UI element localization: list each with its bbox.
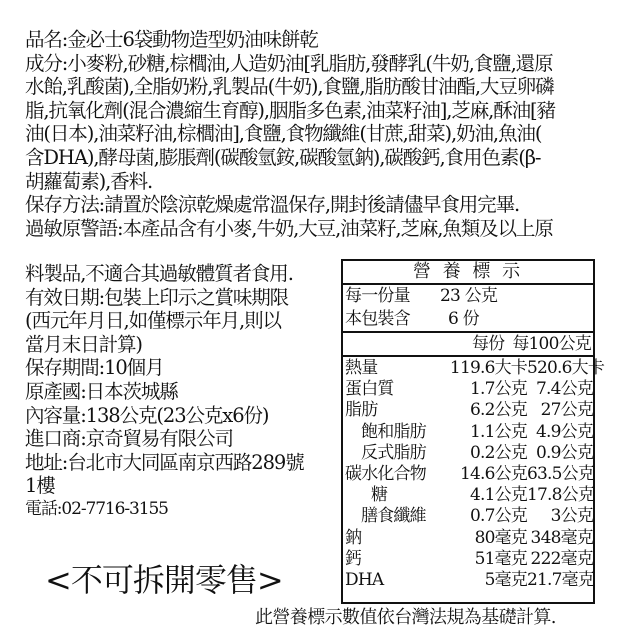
nutrient-name: 鈉 <box>343 528 445 549</box>
allergen-warning-cont: 料製品,不適合其過敏體質者食用. <box>25 262 335 286</box>
per-100g-value: 4.9公克 <box>527 422 593 443</box>
nutrient-name: 碳水化合物 <box>343 464 445 485</box>
per-100g-value: 27公克 <box>527 400 593 421</box>
per-serving-value: 0.2公克 <box>445 443 527 464</box>
servings-label: 本包裝含 <box>345 308 440 331</box>
per-serving-value: 51毫克 <box>445 549 527 570</box>
ingredients-line: 水飴,乳酸菌),全脂奶粉,乳製品(牛奶),食鹽,脂肪酸甘油酯,大豆卵磷 <box>25 75 625 99</box>
expiry-info: (西元年月日,如僅標示年月,則以 <box>25 309 335 333</box>
nutrient-name: 脂肪 <box>343 400 445 421</box>
phone: 電話:02-7716-3155 <box>25 498 335 520</box>
per-serving-value: 4.1公克 <box>445 485 527 506</box>
ingredients-line: 含DHA),酵母菌,膨脹劑(碳酸氫銨,碳酸氫鈉),碳酸鈣,食用色素(β- <box>25 146 625 170</box>
nutrition-title: 營 養 標 示 <box>343 261 593 285</box>
nutrient-name: 蛋白質 <box>343 379 445 400</box>
per-serving-value: 5毫克 <box>445 570 527 591</box>
allergen-warning: 過敏原警語:本產品含有小麥,牛奶,大豆,油菜籽,芝麻,魚類及以上原 <box>25 217 625 241</box>
serving-info: 每一份量 23 公克 本包裝含 6 份 <box>343 285 593 333</box>
address: 地址:台北市大同區南京西路289號 <box>25 451 335 475</box>
serving-size-value: 23 公克 <box>440 285 497 308</box>
label-main-text: 品名:金必士6袋動物造型奶油味餅乾 成分:小麥粉,砂糖,棕櫚油,人造奶油[乳脂肪… <box>25 28 625 240</box>
label-left-text: 料製品,不適合其過敏體質者食用. 有效日期:包裝上印示之賞味期限 (西元年月日,… <box>25 262 335 520</box>
per-serving-value: 119.6大卡 <box>445 358 527 379</box>
nutrition-row: 脂肪6.2公克27公克 <box>343 400 593 421</box>
shelf-life: 保存期間:10個月 <box>25 356 335 380</box>
nutrition-rows: 熱量119.6大卡520.6大卡蛋白質1.7公克7.4公克脂肪6.2公克27公克… <box>343 357 593 591</box>
nutrition-table: 營 養 標 示 每一份量 23 公克 本包裝含 6 份 每份 每100公克 熱量… <box>341 259 595 604</box>
nutrition-footnote: 此營養標示數值依台灣法規為基礎計算. <box>255 603 556 629</box>
nutrient-name: 膳食纖維 <box>343 506 445 527</box>
per-100g-value: 520.6大卡 <box>527 358 593 379</box>
col-per-serving: 每份 <box>472 333 504 355</box>
serving-size-label: 每一份量 <box>345 285 440 308</box>
ingredients-line: 油(日本),油菜籽油,棕櫚油],食鹽,食物纖維(甘蔗,甜菜),奶油,魚油( <box>25 122 625 146</box>
nutrition-row: DHA5毫克21.7毫克 <box>343 570 593 591</box>
nutrition-row: 反式脂肪0.2公克0.9公克 <box>343 443 593 464</box>
nutrition-row: 蛋白質1.7公克7.4公克 <box>343 379 593 400</box>
per-serving-value: 14.6公克 <box>445 464 527 485</box>
nutrition-row: 鈣51毫克222毫克 <box>343 549 593 570</box>
nutrient-name: DHA <box>343 570 445 591</box>
net-content: 內容量:138公克(23公克x6份) <box>25 404 335 428</box>
col-per-100g: 每100公克 <box>512 333 591 355</box>
nutrient-name: 飽和脂肪 <box>343 422 445 443</box>
nutrition-column-header: 每份 每100公克 <box>343 333 593 357</box>
per-100g-value: 348毫克 <box>527 528 593 549</box>
product-name: 品名:金必士6袋動物造型奶油味餅乾 <box>25 28 625 52</box>
per-100g-value: 17.8公克 <box>527 485 593 506</box>
nutrient-name: 糖 <box>343 485 445 506</box>
country-of-origin: 原產國:日本茨城縣 <box>25 380 335 404</box>
per-100g-value: 7.4公克 <box>527 379 593 400</box>
per-100g-value: 222毫克 <box>527 549 593 570</box>
servings-value: 6 份 <box>440 308 479 331</box>
nutrition-row: 鈉80毫克348毫克 <box>343 528 593 549</box>
storage-method: 保存方法:請置於陰涼乾燥處常溫保存,開封後請儘早食用完畢. <box>25 193 625 217</box>
nutrition-row: 熱量119.6大卡520.6大卡 <box>343 358 593 379</box>
per-100g-value: 0.9公克 <box>527 443 593 464</box>
per-serving-value: 80毫克 <box>445 528 527 549</box>
address-cont: 1樓 <box>25 474 335 498</box>
per-100g-value: 3公克 <box>527 506 593 527</box>
nutrition-row: 碳水化合物14.6公克63.5公克 <box>343 464 593 485</box>
nutrient-name: 反式脂肪 <box>343 443 445 464</box>
per-100g-value: 21.7毫克 <box>527 570 593 591</box>
ingredients-line: 成分:小麥粉,砂糖,棕櫚油,人造奶油[乳脂肪,發酵乳(牛奶,食鹽,還原 <box>25 52 625 76</box>
nutrition-row: 飽和脂肪1.1公克4.9公克 <box>343 422 593 443</box>
nutrient-name: 鈣 <box>343 549 445 570</box>
importer: 進口商:京奇貿易有限公司 <box>25 427 335 451</box>
expiry-info: 當月末日計算) <box>25 333 335 357</box>
per-serving-value: 6.2公克 <box>445 400 527 421</box>
ingredients-line: 脂,抗氧化劑(混合濃縮生育醇),胭脂多色素,油菜籽油],芝麻,酥油[豬 <box>25 99 625 123</box>
per-serving-value: 1.1公克 <box>445 422 527 443</box>
expiry-info: 有效日期:包裝上印示之賞味期限 <box>25 286 335 310</box>
nutrition-row: 膳食纖維0.7公克3公克 <box>343 506 593 527</box>
per-serving-value: 1.7公克 <box>445 379 527 400</box>
nutrient-name: 熱量 <box>343 358 445 379</box>
no-separate-sale-warning: <不可拆開零售> <box>45 555 283 601</box>
ingredients-line: 胡蘿蔔素),香料. <box>25 170 625 194</box>
nutrition-row: 糖4.1公克17.8公克 <box>343 485 593 506</box>
per-100g-value: 63.5公克 <box>527 464 593 485</box>
per-serving-value: 0.7公克 <box>445 506 527 527</box>
